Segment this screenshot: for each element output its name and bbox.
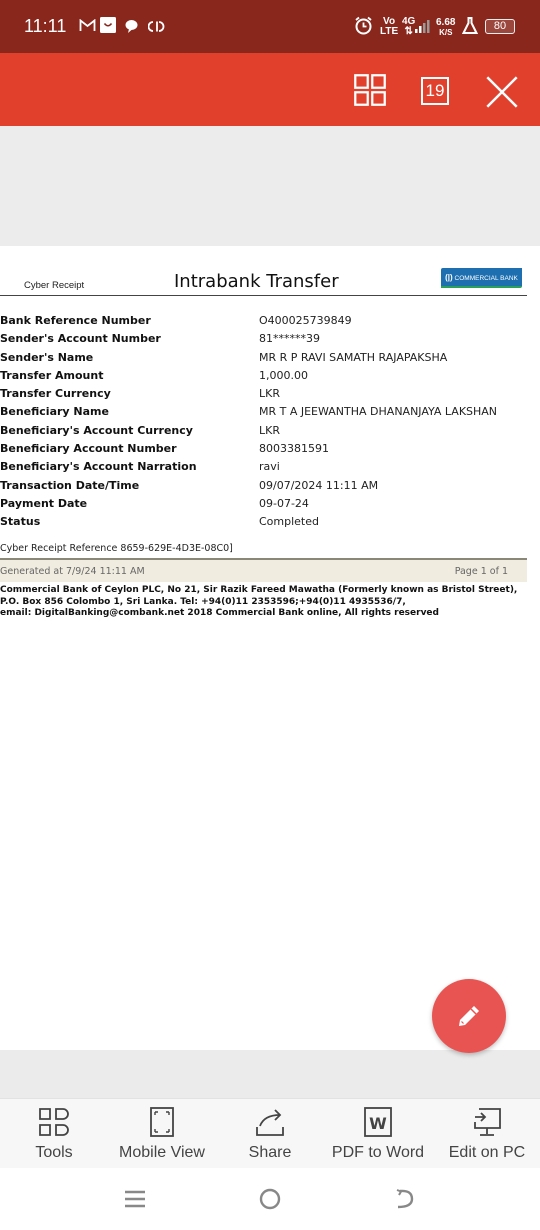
detail-row: Sender's NameMR R P RAVI SAMATH RAJAPAKS…: [0, 351, 540, 369]
header-divider: [0, 295, 527, 296]
commercial-bank-icon: [148, 21, 166, 32]
app-toolbar: [0, 53, 540, 126]
word-icon: W: [362, 1107, 394, 1139]
speed-unit: K/S: [439, 28, 452, 37]
detail-value: 8003381591: [259, 442, 329, 456]
network-4g-indicator: 4G⇅: [402, 17, 415, 37]
share-button[interactable]: Share: [230, 1099, 310, 1169]
signal-icon: [415, 20, 431, 34]
detail-row: Bank Reference NumberO400025739849: [0, 314, 540, 332]
document-background-bottom: [0, 1050, 540, 1098]
detail-value: LKR: [259, 387, 280, 401]
transfer-details: Bank Reference NumberO400025739849 Sende…: [0, 314, 540, 534]
home-icon[interactable]: [255, 1184, 285, 1214]
detail-value: O400025739849: [259, 314, 352, 328]
cyber-receipt-label: Cyber Receipt: [24, 280, 84, 291]
detail-value: LKR: [259, 424, 280, 438]
volte-lte-text: LTE: [380, 26, 398, 37]
detail-value: ravi: [259, 460, 280, 474]
cyber-receipt-reference: Cyber Receipt Reference 8659-629E-4D3E-0…: [0, 543, 233, 554]
detail-row: Transfer Amount1,000.00: [0, 369, 540, 387]
battery-indicator: 80: [485, 19, 515, 34]
detail-value: Completed: [259, 515, 319, 529]
detail-value: MR T A JEEWANTHA DHANANJAYA LAKSHAN: [259, 405, 497, 419]
back-icon[interactable]: [390, 1184, 420, 1214]
detail-row: Sender's Account Number81******39: [0, 332, 540, 350]
commercial-bank-logo: (|) COMMERCIAL BANK: [441, 268, 522, 288]
detail-label: Beneficiary Account Number: [0, 442, 177, 456]
detail-row: Beneficiary Account Number8003381591: [0, 442, 540, 460]
tools-grid-icon: [38, 1107, 70, 1139]
detail-label: Sender's Name: [0, 351, 93, 365]
detail-row: Transaction Date/Time09/07/2024 11:11 AM: [0, 479, 540, 497]
detail-label: Status: [0, 515, 40, 529]
detail-label: Transaction Date/Time: [0, 479, 139, 493]
detail-label: Transfer Currency: [0, 387, 111, 401]
svg-text:W: W: [369, 1114, 387, 1133]
detail-label: Payment Date: [0, 497, 87, 511]
thumbnails-grid-icon[interactable]: [353, 73, 387, 107]
detail-row: Beneficiary's Account Narrationravi: [0, 460, 540, 478]
mobile-view-label: Mobile View: [112, 1144, 212, 1162]
edit-fab-button[interactable]: [432, 979, 506, 1053]
chat-icon: [124, 19, 139, 33]
system-nav-bar: [0, 1168, 540, 1230]
recents-icon[interactable]: [120, 1184, 150, 1214]
monitor-icon: [471, 1107, 503, 1139]
close-icon[interactable]: [485, 75, 519, 109]
data-arrows-icon: ⇅: [404, 26, 412, 37]
generated-band: Generated at 7/9/24 11:11 AM Page 1 of 1: [0, 558, 527, 582]
detail-row: StatusCompleted: [0, 515, 540, 533]
footer-line: P.O. Box 856 Colombo 1, Sri Lanka. Tel: …: [0, 597, 540, 609]
bank-logo-text: COMMERCIAL BANK: [455, 275, 518, 282]
generated-at: Generated at 7/9/24 11:11 AM: [0, 566, 145, 577]
detail-row: Beneficiary's Account CurrencyLKR: [0, 424, 540, 442]
edit-on-pc-button[interactable]: Edit on PC: [442, 1099, 532, 1169]
detail-value: 09-07-24: [259, 497, 309, 511]
bank-footer: Commercial Bank of Ceylon PLC, No 21, Si…: [0, 585, 540, 620]
page-info: Page 1 of 1: [455, 566, 508, 577]
pdf-to-word-button[interactable]: W PDF to Word: [328, 1099, 428, 1169]
tools-label: Tools: [14, 1144, 94, 1162]
detail-row: Beneficiary NameMR T A JEEWANTHA DHANANJ…: [0, 405, 540, 423]
status-time: 11:11: [24, 16, 66, 37]
detail-label: Beneficiary Name: [0, 405, 109, 419]
detail-row: Transfer CurrencyLKR: [0, 387, 540, 405]
detail-value: MR R P RAVI SAMATH RAJAPAKSHA: [259, 351, 447, 365]
detail-label: Sender's Account Number: [0, 332, 161, 346]
pencil-icon: [454, 1001, 484, 1031]
document-background: [0, 126, 540, 246]
footer-line: Commercial Bank of Ceylon PLC, No 21, Si…: [0, 585, 540, 597]
page-count-button[interactable]: 19: [421, 77, 449, 105]
bank-logo-mark-icon: (|): [445, 273, 453, 282]
document-title: Intrabank Transfer: [174, 271, 339, 292]
detail-value: 09/07/2024 11:11 AM: [259, 479, 378, 493]
share-label: Share: [230, 1144, 310, 1162]
network-speed: 6.68K/S: [436, 18, 455, 38]
tools-button[interactable]: Tools: [14, 1099, 94, 1169]
detail-label: Beneficiary's Account Narration: [0, 460, 197, 474]
status-bar: 11:11 VoLTE 4G⇅ 6.68K/S 80: [0, 0, 540, 53]
detail-value: 81******39: [259, 332, 320, 346]
share-icon: [254, 1107, 286, 1139]
detail-label: Beneficiary's Account Currency: [0, 424, 193, 438]
edit-on-pc-label: Edit on PC: [442, 1144, 532, 1162]
alarm-icon: [354, 16, 373, 35]
bottom-toolbar: Tools Mobile View Share W PDF to Word Ed…: [0, 1098, 540, 1168]
detail-value: 1,000.00: [259, 369, 308, 383]
detail-label: Transfer Amount: [0, 369, 103, 383]
detail-label: Bank Reference Number: [0, 314, 151, 328]
speed-value: 6.68: [436, 17, 455, 28]
mobile-view-button[interactable]: Mobile View: [112, 1099, 212, 1169]
mobile-view-icon: [146, 1107, 178, 1139]
volte-indicator: VoLTE: [380, 17, 398, 37]
footer-line: email: DigitalBanking@combank.net 2018 C…: [0, 608, 540, 620]
flask-icon: [462, 17, 478, 35]
pdf-to-word-label: PDF to Word: [328, 1144, 428, 1162]
detail-row: Payment Date09-07-24: [0, 497, 540, 515]
gmail-icon: [79, 19, 96, 32]
document-page[interactable]: Cyber Receipt Intrabank Transfer (|) COM…: [0, 246, 540, 1050]
shopping-bag-icon: [100, 17, 116, 33]
